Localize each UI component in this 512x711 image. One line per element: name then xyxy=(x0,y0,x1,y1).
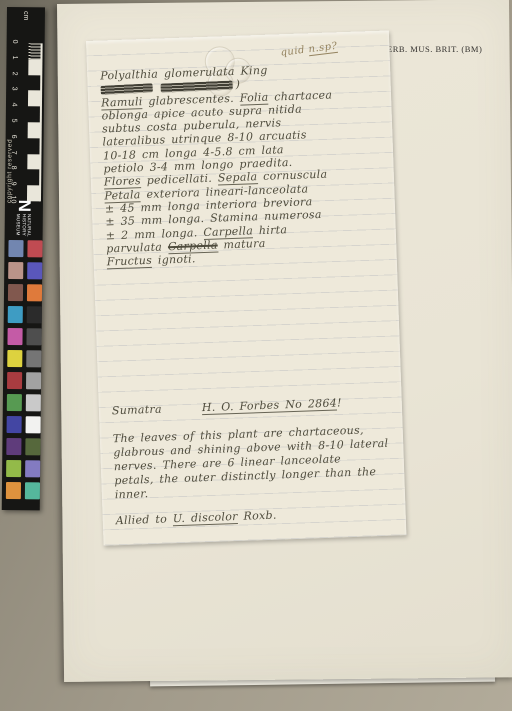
color-patch xyxy=(7,416,22,433)
color-patch xyxy=(25,482,40,499)
scribble xyxy=(160,80,232,92)
color-patch xyxy=(27,240,42,257)
ruler-unit-label: cm xyxy=(22,11,29,20)
color-patch xyxy=(26,416,41,433)
color-patch xyxy=(26,394,41,411)
allied-line: Allied to U. discolor Roxb. xyxy=(116,504,394,527)
ruler-cm-bar xyxy=(28,90,41,106)
color-patch xyxy=(27,306,42,323)
handwritten-note-paper: quid n.sp? Polyalthia glomerulata King )… xyxy=(86,30,406,545)
color-patch xyxy=(26,372,41,389)
color-patch xyxy=(6,438,21,455)
color-patch xyxy=(7,372,22,389)
ruler-cm-bar xyxy=(28,122,41,138)
color-patch xyxy=(7,394,22,411)
herbarium-stamp: ERB. MUS. BRIT. (BM) xyxy=(387,44,482,54)
note-text: Polyalthia glomerulata King ) Ramuli gla… xyxy=(100,60,394,527)
scribble xyxy=(100,83,152,95)
ruler-tick-label: 4 xyxy=(10,100,17,110)
color-patch xyxy=(7,350,22,367)
color-patch xyxy=(27,284,42,301)
english-paragraph: The leaves of this plant are chartaceous… xyxy=(113,422,393,502)
color-patch xyxy=(6,460,21,477)
ruler-tick-label: 1 xyxy=(11,53,18,63)
color-patch xyxy=(25,460,40,477)
color-patch xyxy=(26,328,41,345)
ruler-tick-label: 2 xyxy=(11,69,18,79)
pencil-annotation: quid n.sp? xyxy=(280,41,338,59)
color-patch xyxy=(8,240,23,257)
ruler-cm-bar xyxy=(28,59,41,75)
ruler-tick-label: 0 xyxy=(11,37,18,47)
color-patch xyxy=(7,328,22,345)
ruler-cm-bar xyxy=(27,154,40,169)
color-patch xyxy=(8,262,23,279)
color-patch xyxy=(25,438,40,455)
nhm-logo: N NATURAL HISTORY MUSEUM xyxy=(11,200,37,236)
copyright-text: copyright reserved xyxy=(6,139,14,203)
color-patch xyxy=(26,350,41,367)
color-checker xyxy=(6,240,43,499)
nhm-logo-words: NATURAL HISTORY MUSEUM xyxy=(16,214,32,237)
color-patch xyxy=(8,306,23,323)
ruler-tick-label: 5 xyxy=(10,116,17,126)
color-patch xyxy=(8,284,23,301)
locality-line: SumatraH. O. Forbes No 2864! xyxy=(112,395,390,418)
nhm-logo-letter: N xyxy=(14,200,34,212)
color-patch xyxy=(27,262,42,279)
scale-and-color-bar: cm 0 1 2 3 4 5 6 7 8 9 10 copyright rese… xyxy=(2,7,45,510)
ruler-tick-label: 3 xyxy=(11,84,18,94)
color-patch xyxy=(6,482,21,499)
